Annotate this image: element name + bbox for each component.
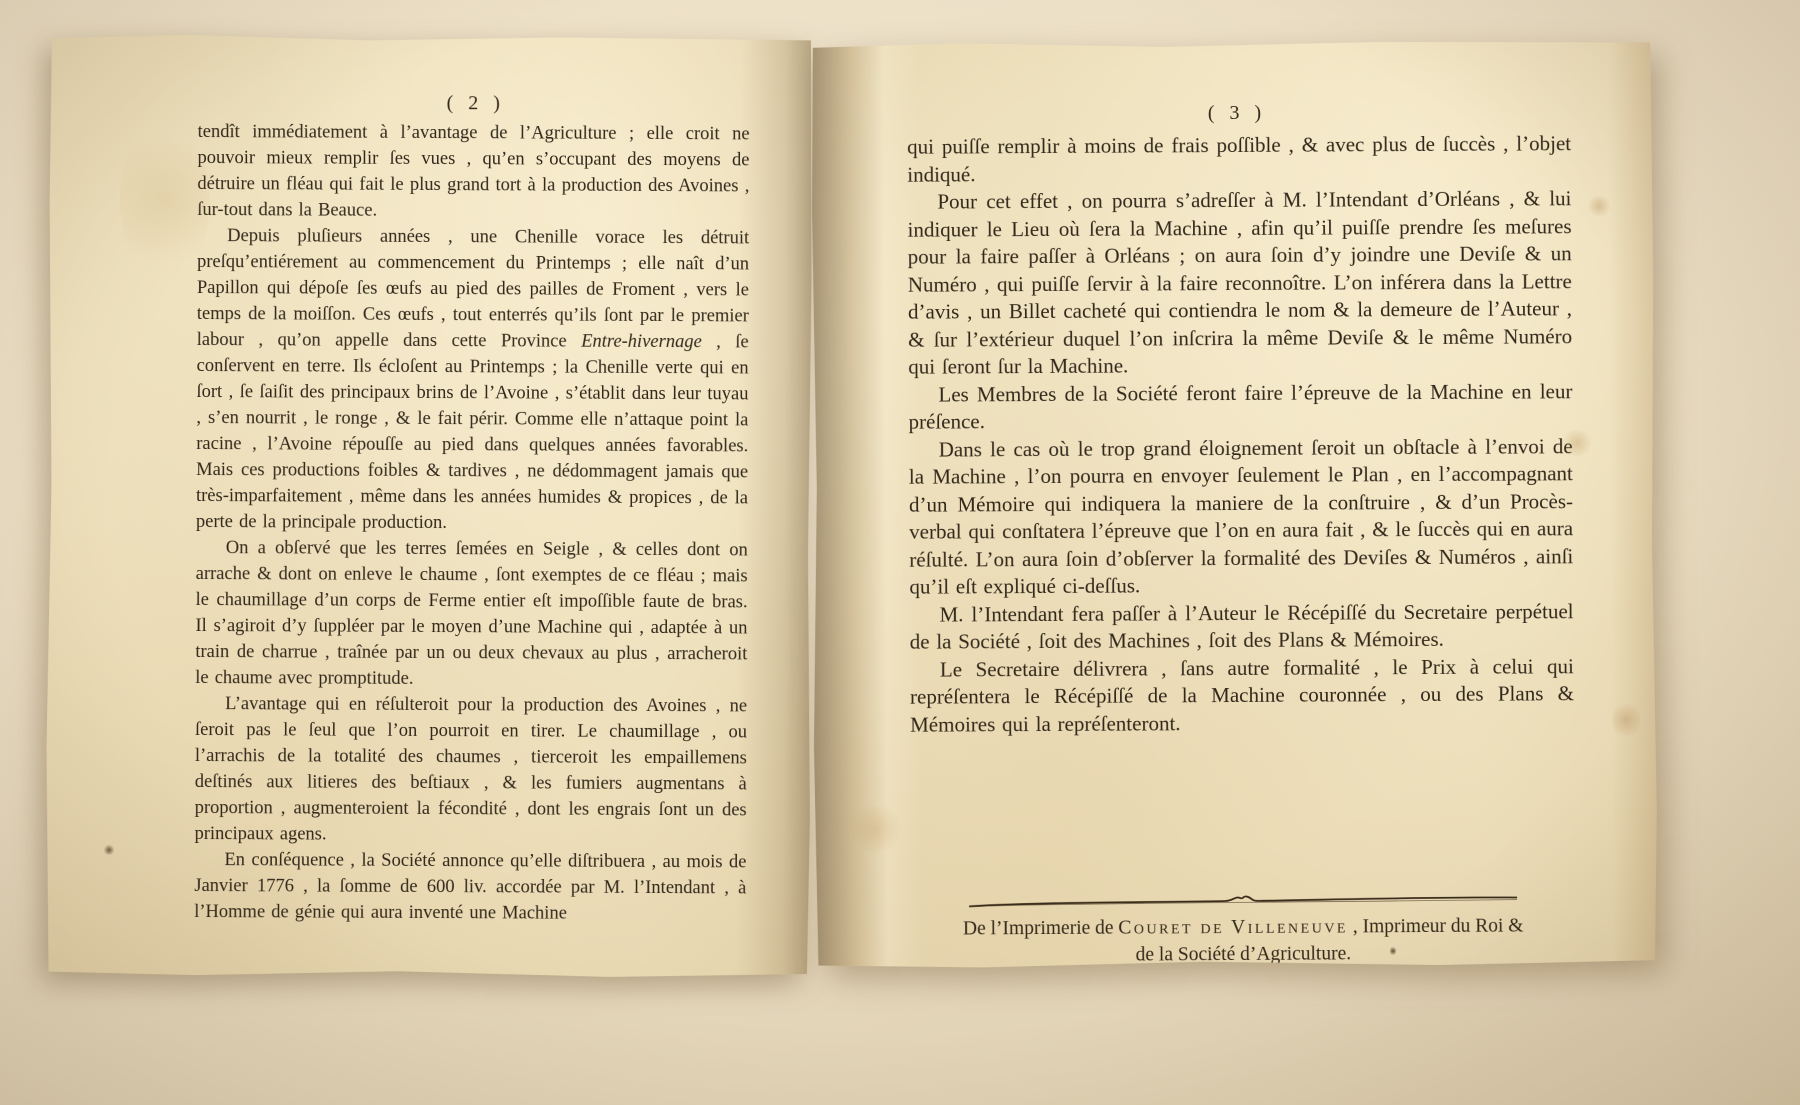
paragraph-text: Dans le cas où le trop grand éloignement…	[909, 434, 1574, 599]
paragraph: En conſéquence , la Société annonce qu’e…	[194, 847, 746, 927]
photo-backdrop: ( 2 ) tendît immédiatement à l’avantage …	[0, 0, 1800, 1105]
paragraph-text: On a obſervé que les terres ſemées en Se…	[195, 538, 748, 689]
paragraph-text: , ſe conſervent en terre. Ils écloſent a…	[196, 332, 749, 533]
imprint-line-2: de la Société d’Agriculture.	[905, 939, 1581, 970]
page-right-body: qui puiſſe remplir à moins de frais poſſ…	[907, 130, 1574, 738]
page-left: ( 2 ) tendît immédiatement à l’avantage …	[44, 32, 814, 979]
imprint-prefix: De l’Imprimerie de	[963, 918, 1118, 940]
page-left-body: tendît immédiatement à l’avantage de l’A…	[194, 119, 750, 927]
page-right-paper: ( 3 ) qui puiſſe remplir à moins de frai…	[809, 38, 1659, 970]
paragraph: Les Membres de la Société feront faire l…	[908, 378, 1572, 436]
paragraph: qui puiſſe remplir à moins de frais poſſ…	[907, 130, 1571, 188]
paragraph-text: qui puiſſe remplir à moins de frais poſſ…	[907, 131, 1571, 186]
paragraph-text: tendît immédiatement à l’avantage de l’A…	[197, 122, 749, 221]
paragraph-text: Les Membres de la Société feront faire l…	[909, 379, 1573, 434]
decorative-rule	[963, 890, 1523, 909]
page-number-right: ( 3 )	[905, 100, 1569, 126]
page-right: ( 3 ) qui puiſſe remplir à moins de frai…	[809, 38, 1659, 970]
paragraph-text: En conſéquence , la Société annonce qu’e…	[194, 850, 746, 923]
paragraph-text: Le Secretaire délivrera , ſans autre for…	[910, 654, 1574, 736]
paragraph: M. l’Intendant fera paſſer à l’Auteur le…	[910, 598, 1574, 656]
italic-term: Entre-hivernage	[581, 332, 702, 353]
page-number-left: ( 2 )	[198, 91, 754, 116]
paragraph: L’avantage qui en réſulteroit pour la pr…	[195, 691, 748, 849]
paragraph: Depuis pluſieurs années , une Chenille v…	[196, 223, 749, 537]
page-left-paper: ( 2 ) tendît immédiatement à l’avantage …	[44, 32, 814, 979]
paragraph: Pour cet effet , on pourra s’adreſſer à …	[907, 185, 1572, 381]
printer-imprint: De l’Imprimerie de Couret de Villeneuve …	[905, 890, 1581, 970]
paragraph: Le Secretaire délivrera , ſans autre for…	[910, 653, 1574, 739]
paragraph-text: M. l’Intendant fera paſſer à l’Auteur le…	[910, 599, 1574, 654]
paragraph: On a obſervé que les terres ſemées en Se…	[195, 535, 748, 693]
imprint-line-1: De l’Imprimerie de Couret de Villeneuve …	[905, 912, 1581, 943]
printer-name: Couret de Villeneuve	[1118, 916, 1348, 938]
imprint-suffix: , Imprimeur du Roi &	[1348, 915, 1524, 937]
paragraph-text: L’avantage qui en réſulteroit pour la pr…	[195, 694, 748, 844]
paragraph: tendît immédiatement à l’avantage de l’A…	[197, 119, 749, 225]
paragraph: Dans le cas où le trop grand éloignement…	[909, 433, 1574, 601]
paragraph-text: Pour cet effet , on pourra s’adreſſer à …	[907, 186, 1572, 378]
